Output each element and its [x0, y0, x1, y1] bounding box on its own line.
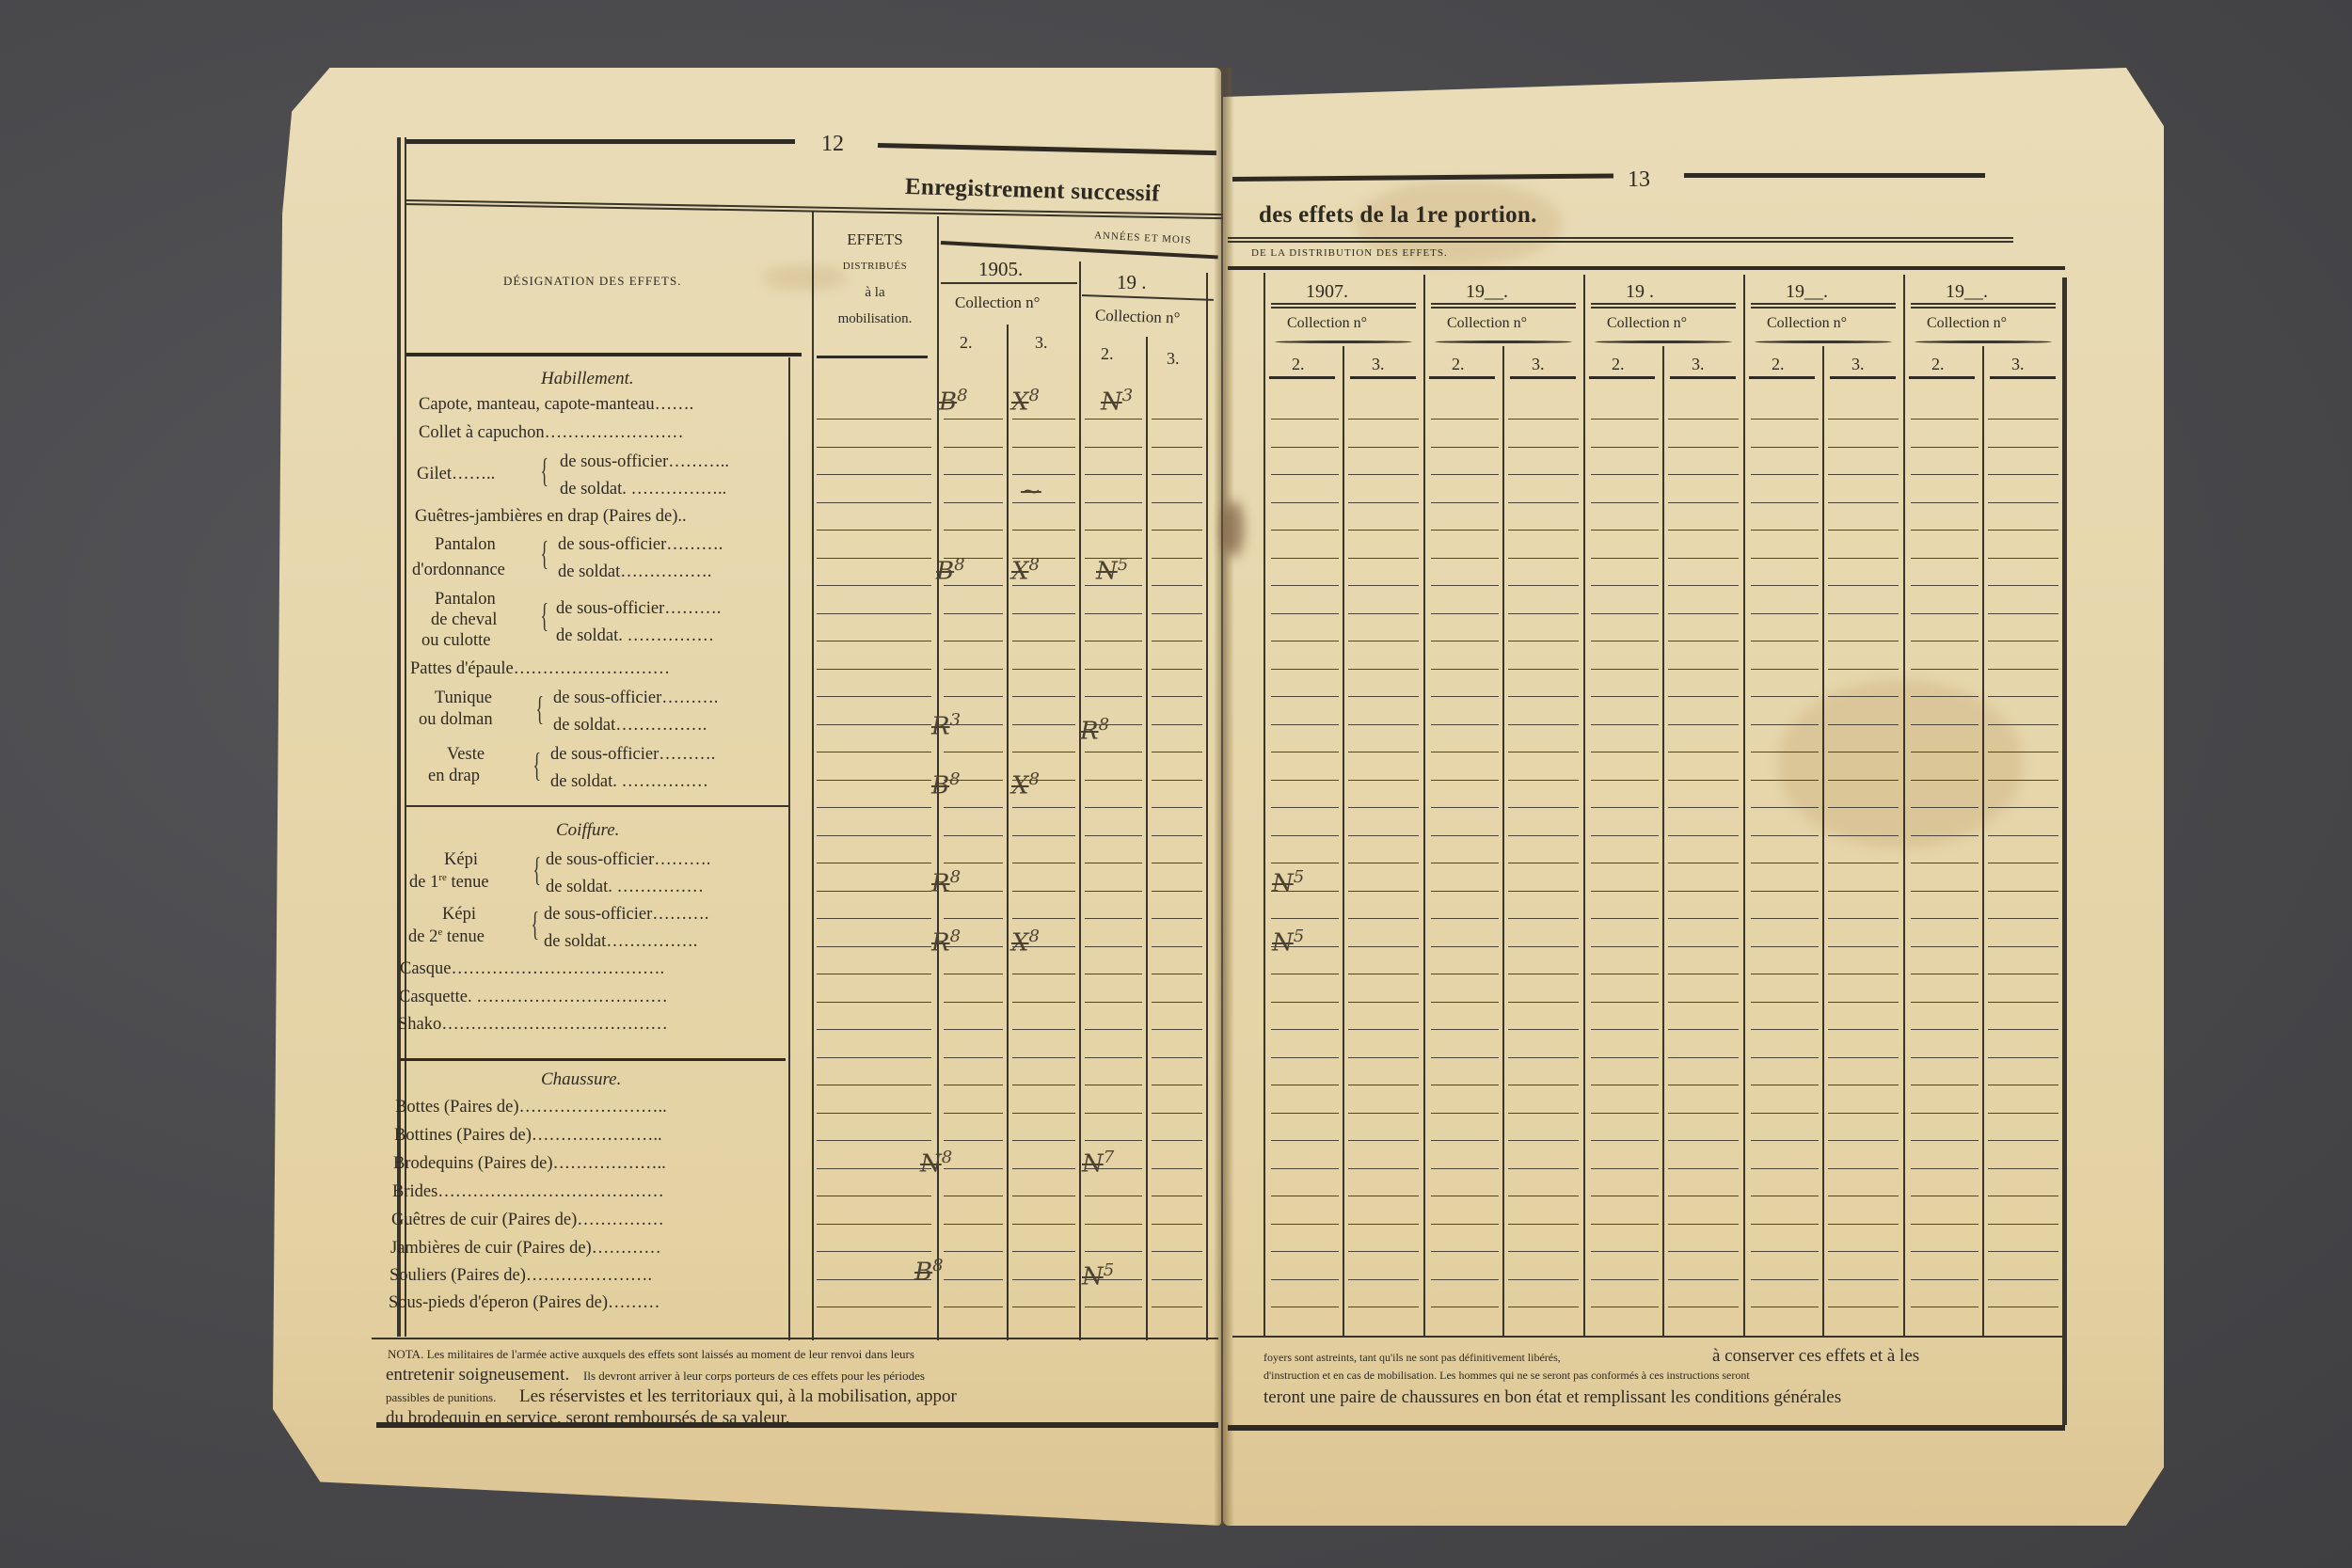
row-line	[1508, 558, 1579, 559]
page-number-left: 12	[821, 133, 844, 155]
row-line	[1508, 1057, 1579, 1058]
row-line	[1431, 419, 1499, 420]
nota-rule	[1232, 1336, 2065, 1338]
col-divider	[1206, 273, 1208, 1340]
row-line	[1431, 863, 1499, 863]
row-line	[1085, 1196, 1142, 1196]
row-line	[1085, 752, 1142, 752]
row-line	[1271, 502, 1339, 503]
row-line	[944, 447, 1003, 448]
section-coiffure: Coiffure.	[556, 821, 619, 839]
row-line	[817, 558, 931, 559]
row-line	[1751, 1224, 1819, 1225]
subcol-2: 2.	[1772, 356, 1785, 372]
row-line	[1988, 1251, 2058, 1252]
subcol-3: 3.	[1372, 356, 1385, 372]
subcol-3: 3.	[1532, 356, 1545, 372]
row-line	[1152, 558, 1202, 559]
section-divider	[400, 1058, 786, 1061]
row-line	[1591, 863, 1659, 863]
row-line	[1668, 863, 1739, 863]
row-line	[1508, 724, 1579, 725]
row-line	[1348, 1002, 1419, 1003]
row-line	[1348, 447, 1419, 448]
row-line	[1012, 1057, 1075, 1058]
brace: {	[531, 907, 539, 941]
row-line	[1591, 474, 1659, 475]
row-line	[1911, 474, 1979, 475]
row-line	[1431, 1168, 1499, 1169]
row-line	[1508, 1224, 1579, 1225]
table-top-rule	[1228, 241, 2013, 243]
row-line	[1988, 835, 2058, 836]
row-line	[1751, 419, 1819, 420]
collection-label: Collection n°	[1447, 316, 1527, 331]
row-line	[1152, 863, 1202, 863]
subcol-3: 3.	[2011, 356, 2025, 372]
row-line	[1988, 1307, 2058, 1307]
row-line	[1431, 585, 1499, 586]
row-line	[1012, 641, 1075, 641]
row-line	[1012, 613, 1075, 614]
row-line	[1828, 641, 1899, 641]
item-label: de soldat. ……………	[556, 627, 714, 645]
row-line	[1988, 807, 2058, 808]
collection-flourish	[1915, 341, 2052, 343]
row-line	[1668, 1224, 1739, 1225]
item-label: de sous-officier………..	[560, 453, 729, 471]
item-group: d'ordonnance	[412, 562, 505, 579]
nota-text: à conserver ces effets et à les	[1712, 1345, 1919, 1368]
handwritten-entry: R8	[931, 867, 961, 898]
row-line	[1751, 946, 1819, 947]
row-line	[1271, 1224, 1339, 1225]
row-line	[1911, 641, 1979, 641]
row-line	[1152, 807, 1202, 808]
row-line	[1591, 918, 1659, 919]
row-line	[1271, 1251, 1339, 1252]
col-divider	[1343, 346, 1344, 1336]
row-line	[1751, 835, 1819, 836]
subcol-2: 2.	[960, 334, 973, 351]
row-line	[1271, 974, 1339, 974]
row-line	[1271, 613, 1339, 614]
col-divider	[1662, 346, 1664, 1336]
row-line	[1988, 1279, 2058, 1280]
item-label: Pattes d'épaule………………………	[410, 660, 670, 678]
row-line	[1085, 1085, 1142, 1085]
row-line	[1271, 1057, 1339, 1058]
subcol-underline	[1670, 376, 1736, 379]
row-line	[944, 641, 1003, 641]
collection-flourish	[1435, 341, 1572, 343]
row-line	[1271, 1279, 1339, 1280]
row-line	[817, 835, 931, 836]
row-line	[817, 974, 931, 974]
row-line	[1348, 752, 1419, 752]
collection-flourish	[1275, 341, 1412, 343]
row-line	[1911, 1057, 1979, 1058]
row-line	[1591, 502, 1659, 503]
row-line	[1152, 447, 1202, 448]
row-line	[1911, 1224, 1979, 1225]
row-line	[1348, 696, 1419, 697]
handwritten-entry: B8	[939, 386, 968, 417]
row-line	[1152, 419, 1202, 420]
handwritten-entry: X8	[1011, 769, 1040, 800]
item-label: Shako…………………………………	[398, 1016, 668, 1034]
row-line	[1508, 891, 1579, 892]
row-line	[1431, 1279, 1499, 1280]
collection-label: Collection n°	[1287, 316, 1367, 331]
row-line	[1751, 502, 1819, 503]
row-line	[1431, 1057, 1499, 1058]
col-divider	[1423, 275, 1425, 1336]
row-line	[1431, 946, 1499, 947]
row-line	[1431, 502, 1499, 503]
year-rule	[1751, 303, 1896, 305]
row-line	[1988, 1168, 2058, 1169]
row-line	[1668, 1085, 1739, 1085]
row-line	[1348, 835, 1419, 836]
row-line	[1012, 974, 1075, 974]
row-line	[1085, 696, 1142, 697]
row-line	[1431, 1251, 1499, 1252]
row-line	[1911, 1085, 1979, 1085]
row-line	[1271, 696, 1339, 697]
row-line	[1591, 724, 1659, 725]
row-line	[1012, 1279, 1075, 1280]
row-line	[944, 1029, 1003, 1030]
row-line	[1508, 502, 1579, 503]
row-line	[1668, 474, 1739, 475]
row-line	[1911, 1140, 1979, 1141]
item-label: Brodequins (Paires de)………………..	[393, 1155, 666, 1173]
row-line	[817, 502, 931, 503]
row-line	[1591, 1168, 1659, 1169]
row-line	[1668, 835, 1739, 836]
year-label: 1907.	[1306, 282, 1348, 301]
row-line	[1152, 1002, 1202, 1003]
row-line	[1348, 613, 1419, 614]
row-line	[1508, 835, 1579, 836]
row-line	[1751, 474, 1819, 475]
row-line	[1508, 585, 1579, 586]
year-rule	[1431, 303, 1576, 305]
item-label: Guêtres de cuir (Paires de)……………	[391, 1212, 664, 1229]
row-line	[1508, 530, 1579, 531]
row-line	[1668, 752, 1739, 752]
item-group: Veste	[447, 746, 485, 764]
row-line	[817, 1196, 931, 1196]
row-line	[1271, 780, 1339, 781]
row-line	[1751, 613, 1819, 614]
item-group: de 2e tenue	[408, 927, 485, 946]
row-line	[1751, 891, 1819, 892]
row-line	[1348, 1279, 1419, 1280]
row-line	[1431, 1085, 1499, 1085]
row-line	[1668, 696, 1739, 697]
row-line	[1828, 946, 1899, 947]
row-line	[1012, 447, 1075, 448]
row-line	[944, 1002, 1003, 1003]
row-line	[1668, 585, 1739, 586]
row-line	[1012, 891, 1075, 892]
handwritten-entry: R8	[1080, 715, 1109, 746]
subcol-2: 2.	[1292, 356, 1305, 372]
nota-text: teront une paire de chaussures en bon ét…	[1263, 1386, 1841, 1409]
row-line	[1751, 863, 1819, 863]
row-line	[1152, 724, 1202, 725]
row-line	[944, 918, 1003, 919]
subcol-underline	[1429, 376, 1495, 379]
col-divider	[812, 212, 814, 1340]
col-divider	[1822, 346, 1824, 1336]
row-line	[1828, 1140, 1899, 1141]
row-line	[1911, 447, 1979, 448]
row-line	[1085, 918, 1142, 919]
row-line	[1668, 1168, 1739, 1169]
row-line	[1271, 724, 1339, 725]
row-line	[1668, 1002, 1739, 1003]
row-line	[1348, 1168, 1419, 1169]
row-line	[1012, 1168, 1075, 1169]
row-line	[1271, 835, 1339, 836]
row-line	[1012, 696, 1075, 697]
year-1905: 1905.	[978, 260, 1023, 279]
row-line	[1828, 780, 1899, 781]
row-line	[1988, 780, 2058, 781]
row-line	[1152, 474, 1202, 475]
row-line	[1271, 641, 1339, 641]
row-line	[1152, 530, 1202, 531]
row-line	[1152, 1251, 1202, 1252]
row-line	[817, 780, 931, 781]
row-line	[1911, 807, 1979, 808]
col-divider	[1743, 275, 1745, 1336]
row-line	[817, 1002, 931, 1003]
row-line	[1431, 918, 1499, 919]
brace: {	[532, 852, 541, 886]
row-line	[1988, 974, 2058, 974]
row-line	[817, 807, 931, 808]
row-line	[1591, 974, 1659, 974]
row-line	[1085, 613, 1142, 614]
row-line	[1431, 780, 1499, 781]
row-line	[1828, 419, 1899, 420]
item-group: de 1re tenue	[409, 873, 489, 892]
row-line	[1152, 1196, 1202, 1196]
row-line	[1085, 1307, 1142, 1307]
subcol-3: 3.	[1167, 350, 1180, 367]
item-label: Brides…………………………………	[392, 1183, 664, 1201]
row-line	[1271, 558, 1339, 559]
row-line	[1911, 1279, 1979, 1280]
row-line	[1751, 780, 1819, 781]
year-1906: 19 .	[1117, 273, 1147, 293]
subcol-2: 2.	[1452, 356, 1465, 372]
row-line	[1348, 474, 1419, 475]
row-line	[1668, 918, 1739, 919]
section-divider	[405, 805, 790, 807]
subcol-3: 3.	[1851, 356, 1865, 372]
row-line	[1828, 669, 1899, 670]
row-line	[1828, 807, 1899, 808]
row-line	[1988, 1085, 2058, 1085]
collection-label: Collection n°	[1927, 316, 2007, 331]
row-line	[944, 474, 1003, 475]
subcol-underline	[1909, 376, 1975, 379]
row-line	[944, 1057, 1003, 1058]
row-line	[1271, 918, 1339, 919]
row-line	[1591, 1224, 1659, 1225]
row-line	[817, 946, 931, 947]
row-line	[817, 474, 931, 475]
row-line	[1152, 613, 1202, 614]
row-line	[1668, 1029, 1739, 1030]
row-line	[1085, 835, 1142, 836]
row-line	[1508, 1113, 1579, 1114]
item-group: ou culotte	[421, 632, 490, 650]
handwritten-entry: N5	[1272, 927, 1304, 958]
row-line	[1431, 1002, 1499, 1003]
row-line	[1591, 891, 1659, 892]
row-line	[1012, 1251, 1075, 1252]
row-line	[1508, 807, 1579, 808]
row-line	[817, 447, 931, 448]
year-rule	[1911, 307, 2056, 309]
row-line	[1988, 447, 2058, 448]
collection-label: Collection n°	[955, 294, 1040, 310]
row-line	[1348, 1085, 1419, 1085]
row-line	[1911, 696, 1979, 697]
row-line	[1152, 1279, 1202, 1280]
collection-label: Collection n°	[1095, 307, 1181, 325]
row-line	[1152, 1224, 1202, 1225]
row-line	[1828, 1057, 1899, 1058]
row-line	[1348, 530, 1419, 531]
row-line	[1911, 530, 1979, 531]
row-line	[1012, 1113, 1075, 1114]
row-line	[1085, 447, 1142, 448]
row-line	[1591, 780, 1659, 781]
item-label: Capote, manteau, capote-manteau…….	[419, 396, 693, 414]
row-line	[1348, 1224, 1419, 1225]
row-line	[1668, 530, 1739, 531]
row-line	[1828, 891, 1899, 892]
item-label: Casque……………………………….	[400, 960, 664, 978]
year-rule	[1271, 307, 1416, 309]
row-line	[1431, 1196, 1499, 1196]
item-label: Sous-pieds d'éperon (Paires de)………	[389, 1294, 660, 1312]
row-line	[1911, 863, 1979, 863]
row-line	[1751, 585, 1819, 586]
row-line	[1988, 946, 2058, 947]
row-line	[817, 1085, 931, 1085]
year-label: 19 .	[1626, 282, 1654, 301]
row-line	[1271, 585, 1339, 586]
header-underline	[406, 353, 802, 356]
item-label: de sous-officier……….	[544, 906, 708, 924]
row-line	[1508, 613, 1579, 614]
row-line	[1348, 641, 1419, 641]
row-line	[1431, 807, 1499, 808]
row-line	[1828, 474, 1899, 475]
row-line	[1668, 1279, 1739, 1280]
row-line	[1348, 918, 1419, 919]
row-line	[1668, 1140, 1739, 1141]
handwritten-entry: N3	[1101, 386, 1133, 417]
subcol-underline	[1269, 376, 1335, 379]
row-line	[1085, 641, 1142, 641]
row-line	[1152, 1140, 1202, 1141]
row-line	[1152, 974, 1202, 974]
item-label: Souliers (Paires de)………………….	[389, 1267, 652, 1285]
item-group: Gilet……..	[417, 466, 495, 483]
row-line	[1152, 780, 1202, 781]
row-line	[1591, 585, 1659, 586]
item-group: de cheval	[431, 611, 497, 629]
row-line	[817, 1168, 931, 1169]
row-line	[1828, 502, 1899, 503]
row-line	[1828, 1029, 1899, 1030]
row-line	[1751, 752, 1819, 752]
row-line	[1085, 974, 1142, 974]
row-line	[817, 863, 931, 863]
handwritten-entry: B8	[936, 555, 965, 586]
row-line	[1508, 696, 1579, 697]
row-line	[1751, 1085, 1819, 1085]
row-line	[1012, 419, 1075, 420]
row-line	[1668, 613, 1739, 614]
brace: {	[540, 598, 548, 632]
row-line	[1431, 1307, 1499, 1307]
row-line	[944, 1085, 1003, 1085]
row-line	[1988, 558, 2058, 559]
row-line	[1911, 835, 1979, 836]
row-line	[1348, 1140, 1419, 1141]
row-line	[1911, 585, 1979, 586]
nota-text: d'instruction et en cas de mobilisation.…	[1263, 1369, 1750, 1383]
row-line	[1828, 1168, 1899, 1169]
row-line	[817, 918, 931, 919]
row-line	[1751, 1307, 1819, 1307]
item-label: Collet à capuchon……………………	[419, 424, 684, 442]
row-line	[1271, 1113, 1339, 1114]
row-line	[1828, 613, 1899, 614]
item-label: Bottines (Paires de)…………………..	[394, 1127, 662, 1145]
designation-header: DÉSIGNATION DES EFFETS.	[503, 275, 681, 287]
row-line	[1591, 641, 1659, 641]
row-line	[1508, 474, 1579, 475]
row-line	[1085, 669, 1142, 670]
header-rule	[1684, 173, 1985, 178]
row-line	[1348, 807, 1419, 808]
row-line	[1012, 835, 1075, 836]
row-line	[944, 502, 1003, 503]
row-line	[1085, 946, 1142, 947]
col-divider	[1146, 337, 1148, 1340]
frame-right	[2062, 277, 2067, 1425]
item-group: Képi	[442, 906, 476, 924]
page-title-right: des effets de la 1re portion.	[1259, 203, 1537, 227]
row-line	[817, 1057, 931, 1058]
bottom-rule	[1228, 1425, 2065, 1431]
item-label: de soldat. ……………	[546, 879, 704, 896]
row-line	[1012, 918, 1075, 919]
row-line	[1591, 1140, 1659, 1141]
row-line	[1828, 1307, 1899, 1307]
